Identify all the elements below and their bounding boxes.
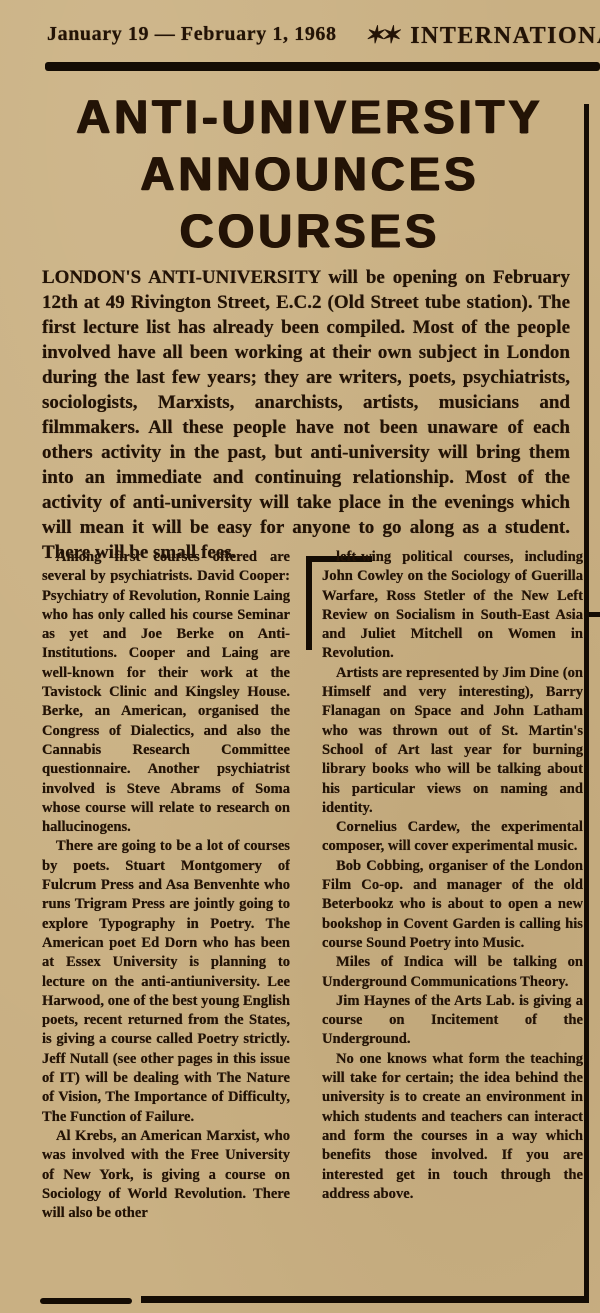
lead-paragraph: LONDON'S ANTI-UNIVERSITY will be opening… [42, 265, 570, 565]
article-paragraph: Among first courses offered are several … [42, 548, 290, 837]
newspaper-page: January 19 — February 1, 1968 ✶✶INTERNAT… [0, 0, 600, 1313]
masthead-date: January 19 — February 1, 1968 [47, 23, 337, 46]
masthead-title: INTERNATIONAL [410, 23, 600, 49]
bottom-rule-long [141, 1296, 588, 1303]
article-paragraph: Jim Haynes of the Arts Lab. is giving a … [322, 992, 583, 1050]
top-rule-divider [45, 62, 600, 71]
masthead: ✶✶INTERNATIONAL [366, 21, 600, 50]
corner-bracket [306, 556, 312, 650]
right-column: left-wing political courses, including J… [322, 548, 583, 1296]
adjacent-column-rule-fragment [589, 612, 600, 617]
left-column: Among first courses offered are several … [42, 548, 290, 1296]
article-paragraph: No one knows what form the teaching will… [322, 1050, 583, 1204]
article-paragraph: Miles of Indica will be talking on Under… [322, 953, 583, 992]
article-paragraph: Al Krebs, an American Marxist, who was i… [42, 1127, 290, 1223]
article-paragraph: Artists are represented by Jim Dine (on … [322, 664, 583, 818]
headline-line-2: ANNOUNCES [40, 145, 580, 202]
article-paragraph: There are going to be a lot of courses b… [42, 837, 290, 1126]
article-paragraph: Cornelius Cardew, the experimental compo… [322, 818, 583, 857]
headline-line-1: ANTI-UNIVERSITY [40, 88, 580, 145]
headline-line-3: COURSES [40, 202, 580, 259]
article-headline: ANTI-UNIVERSITY ANNOUNCES COURSES [40, 88, 580, 259]
stars-icon: ✶✶ [364, 21, 400, 50]
article-paragraph: Bob Cobbing, organiser of the London Fil… [322, 857, 583, 953]
right-column-border [584, 104, 589, 1303]
bottom-rule-short [40, 1298, 132, 1304]
article-paragraph: left-wing political courses, including J… [322, 548, 583, 664]
